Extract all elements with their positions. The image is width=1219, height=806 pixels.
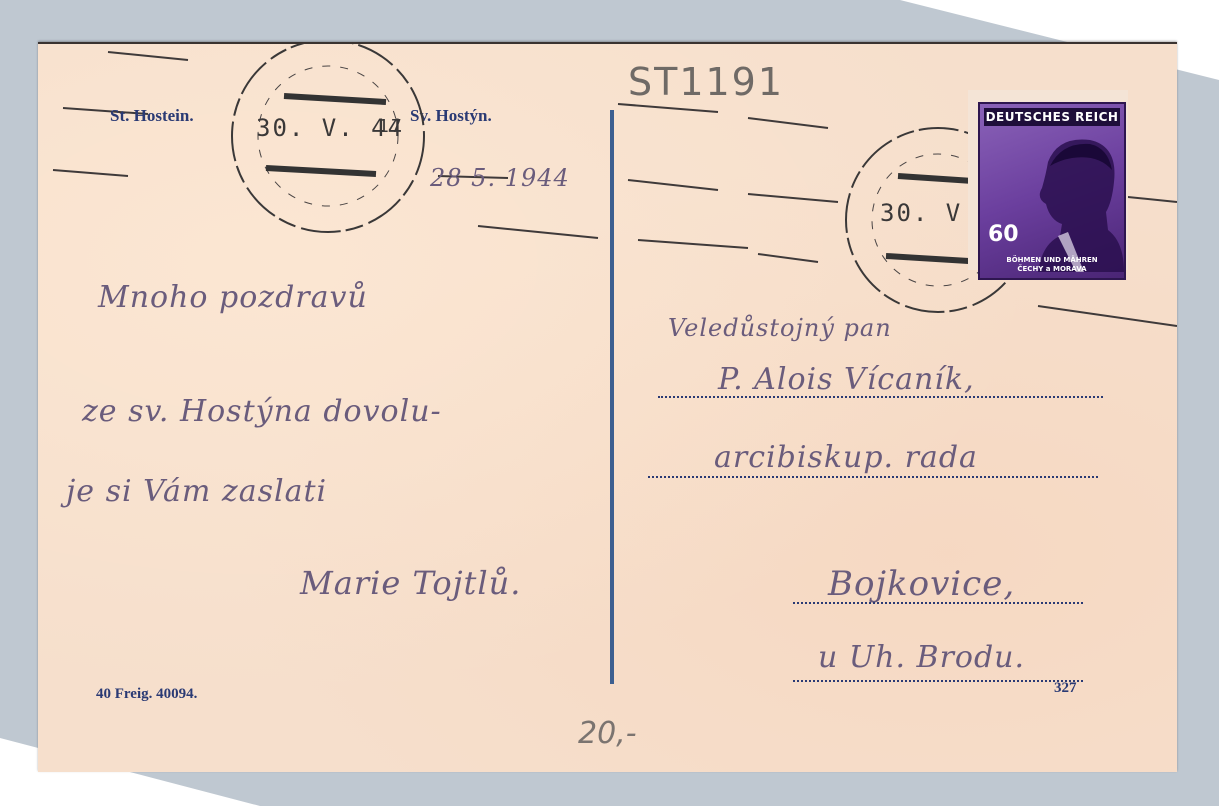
address-line-4: Bojkovice,: [828, 564, 1015, 604]
address-rule-2: [648, 476, 1098, 478]
message-line-3: je si Vám zaslati: [66, 474, 327, 509]
message-line-2: ze sv. Hostýna dovolu-: [82, 394, 442, 429]
address-rule-1: [658, 396, 1103, 398]
message-address-divider: [610, 110, 614, 684]
publisher-code: 40 Freig. 40094.: [96, 686, 197, 703]
pencil-price: 20,-: [578, 716, 637, 751]
stamp-region: BÖHMEN UND MÄHREN ČECHY a MORAVA: [982, 256, 1122, 274]
message-line-1: Mnoho pozdravů: [98, 280, 368, 315]
message-signature: Marie Tojtlů.: [300, 564, 521, 602]
address-rule-3: [793, 602, 1083, 604]
address-line-2: P. Alois Vícaník,: [718, 362, 975, 397]
card-number: 327: [1054, 680, 1077, 697]
postmark-left-time: 17: [378, 116, 404, 137]
header-left: St. Hostein.: [110, 106, 194, 126]
portrait-icon: [1028, 132, 1124, 272]
postcard: St. Hostein. Sv. Hostýn. 30. V. 44 17 28…: [38, 42, 1177, 772]
postmark-left: [218, 44, 438, 244]
handwritten-date: 28 5. 1944: [430, 164, 570, 192]
address-line-5: u Uh. Brodu.: [818, 640, 1025, 675]
postage-stamp: DEUTSCHES REICH 60 BÖHMEN UND MÄHREN ČEC…: [968, 90, 1128, 270]
address-line-3: arcibiskup. rada: [714, 440, 978, 475]
address-line-1: Veledůstojný pan: [668, 314, 892, 342]
inventory-mark: ST1191: [628, 60, 784, 104]
stamp-value: 60: [988, 222, 1019, 247]
stamp-country: DEUTSCHES REICH: [984, 108, 1120, 126]
stamp-design: DEUTSCHES REICH 60 BÖHMEN UND MÄHREN ČEC…: [978, 102, 1126, 280]
address-rule-4: [793, 680, 1083, 682]
